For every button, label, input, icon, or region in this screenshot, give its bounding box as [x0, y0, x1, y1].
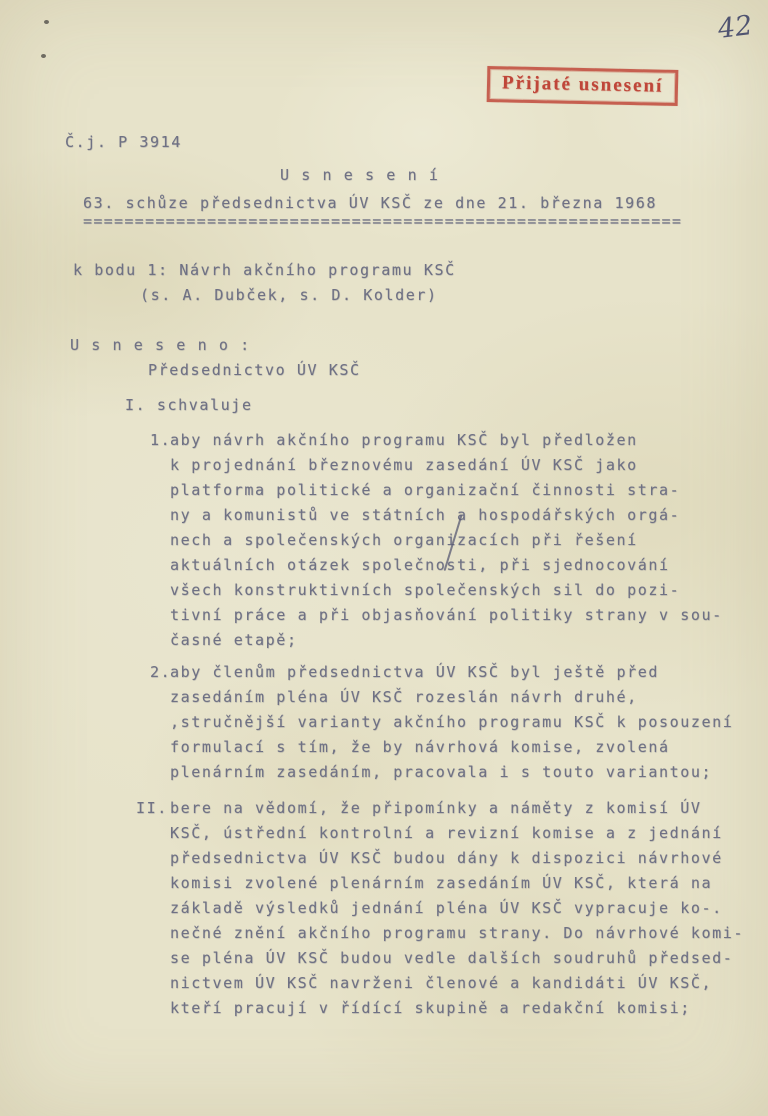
section-i-heading: I. schvaluje — [125, 393, 253, 418]
reference-number: Č.j. P 3914 — [65, 130, 182, 155]
agenda-presenters-line: (s. A. Dubček, s. D. Kolder) — [140, 283, 438, 308]
paper-speck — [44, 20, 49, 24]
paper-speck — [41, 54, 46, 58]
section-ii-text: bere na vědomí, že připomínky a náměty z… — [170, 796, 760, 1021]
agenda-subject-line: k bodu 1: Návrh akčního programu KSČ — [73, 258, 456, 283]
document-page: 42 Přijaté usnesení Č.j. P 3914 U s n e … — [0, 0, 768, 1116]
body-intro: Předsednictvo ÚV KSČ — [148, 358, 361, 383]
document-title: U s n e s e n í — [280, 163, 439, 188]
resolved-heading: U s n e s e n o : — [70, 333, 251, 358]
approval-stamp: Přijaté usnesení — [487, 66, 679, 106]
item-1-text: aby návrh akčního programu KSČ byl předl… — [170, 428, 730, 653]
item-2-marker: 2. — [150, 660, 171, 685]
item-2-text: aby členům předsednictva ÚV KSČ byl ješt… — [170, 660, 750, 785]
typed-underline: ========================================… — [83, 209, 682, 234]
item-1-marker: 1. — [150, 428, 171, 453]
section-ii-marker: II. — [136, 796, 168, 821]
handwritten-page-number: 42 — [716, 10, 754, 45]
